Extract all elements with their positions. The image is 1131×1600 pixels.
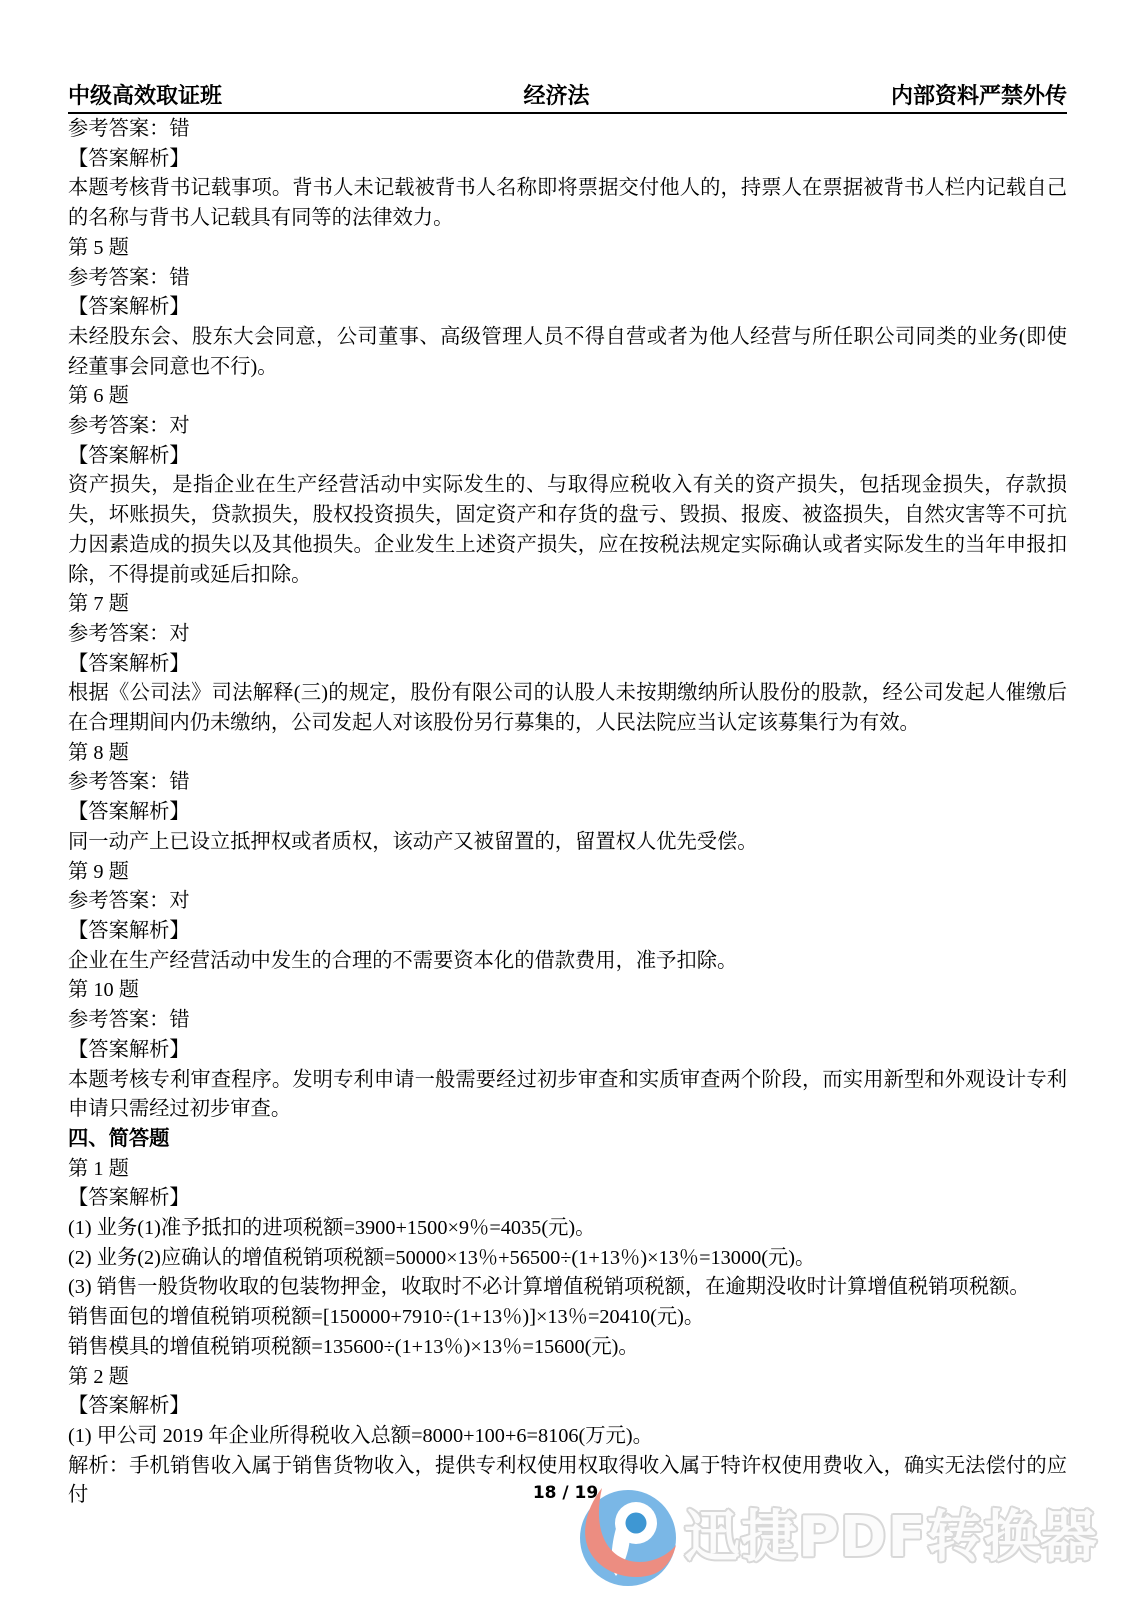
calc-line: (2) 业务(2)应确认的增值税销项税额=50000×13％+56500÷(1+… (68, 1244, 1067, 1274)
paragraph: 本题考核背书记载事项。背书人未记载被背书人名称即将票据交付他人的，持票人在票据被… (68, 174, 1067, 233)
pdf-converter-logo-icon (578, 1488, 678, 1588)
section-heading: 四、简答题 (68, 1125, 1067, 1155)
header-subject-title: 经济法 (523, 84, 589, 108)
answer-line: 参考答案：错 (68, 1006, 1067, 1036)
answer-line: 参考答案：对 (68, 412, 1067, 442)
page-indicator: 18 / 19 (0, 1483, 1131, 1503)
paragraph: 根据《公司法》司法解释(三)的规定，股份有限公司的认股人未按期缴纳所认股份的股款… (68, 679, 1067, 738)
analysis-label: 【答案解析】 (68, 1036, 1067, 1066)
answer-line: 参考答案：错 (68, 264, 1067, 294)
calc-line: 销售模具的增值税销项税额=135600÷(1+13％)×13％=15600(元)… (68, 1333, 1067, 1363)
question-number: 第 2 题 (68, 1363, 1067, 1393)
paragraph: 未经股东会、股东大会同意，公司董事、高级管理人员不得自营或者为他人经营与所任职公… (68, 323, 1067, 382)
question-number: 第 7 题 (68, 590, 1067, 620)
calc-line: (1) 甲公司 2019 年企业所得税收入总额=8000+100+6=8106(… (68, 1422, 1067, 1452)
analysis-label: 【答案解析】 (68, 442, 1067, 472)
analysis-label: 【答案解析】 (68, 798, 1067, 828)
answer-line: 参考答案：错 (68, 768, 1067, 798)
analysis-label: 【答案解析】 (68, 1392, 1067, 1422)
analysis-label: 【答案解析】 (68, 293, 1067, 323)
paragraph: 企业在生产经营活动中发生的合理的不需要资本化的借款费用，准予扣除。 (68, 947, 1067, 977)
analysis-label: 【答案解析】 (68, 917, 1067, 947)
analysis-label: 【答案解析】 (68, 145, 1067, 175)
question-number: 第 10 题 (68, 976, 1067, 1006)
question-number: 第 1 题 (68, 1155, 1067, 1185)
paragraph: (3) 销售一般货物收取的包装物押金，收取时不必计算增值税销项税额，在逾期没收时… (68, 1273, 1067, 1303)
question-number: 第 9 题 (68, 858, 1067, 888)
analysis-label: 【答案解析】 (68, 650, 1067, 680)
document-body: 参考答案：错【答案解析】本题考核背书记载事项。背书人未记载被背书人名称即将票据交… (68, 115, 1067, 1511)
document-page: 中级高效取证班 经济法 内部资料严禁外传 参考答案：错【答案解析】本题考核背书记… (0, 0, 1131, 1600)
paragraph: 资产损失，是指企业在生产经营活动中实际发生的、与取得应税收入有关的资产损失，包括… (68, 471, 1067, 590)
pdf-converter-watermark-text: 迅捷PDF转换器 (684, 1502, 1098, 1574)
calc-line: 销售面包的增值税销项税额=[150000+7910÷(1+13％)]×13％=2… (68, 1303, 1067, 1333)
paragraph: 本题考核专利审查程序。发明专利申请一般需要经过初步审查和实质审查两个阶段，而实用… (68, 1066, 1067, 1125)
calc-line: (1) 业务(1)准予抵扣的进项税额=3900+1500×9％=4035(元)。 (68, 1214, 1067, 1244)
question-number: 第 6 题 (68, 382, 1067, 412)
page-header: 中级高效取证班 经济法 内部资料严禁外传 (68, 84, 1067, 114)
analysis-label: 【答案解析】 (68, 1184, 1067, 1214)
header-course-label: 中级高效取证班 (68, 84, 222, 108)
question-number: 第 5 题 (68, 234, 1067, 264)
answer-line: 参考答案：对 (68, 887, 1067, 917)
question-number: 第 8 题 (68, 739, 1067, 769)
paragraph: 同一动产上已设立抵押权或者质权，该动产又被留置的，留置权人优先受偿。 (68, 828, 1067, 858)
answer-line: 参考答案：对 (68, 620, 1067, 650)
answer-line: 参考答案：错 (68, 115, 1067, 145)
header-confidential-notice: 内部资料严禁外传 (891, 84, 1067, 108)
